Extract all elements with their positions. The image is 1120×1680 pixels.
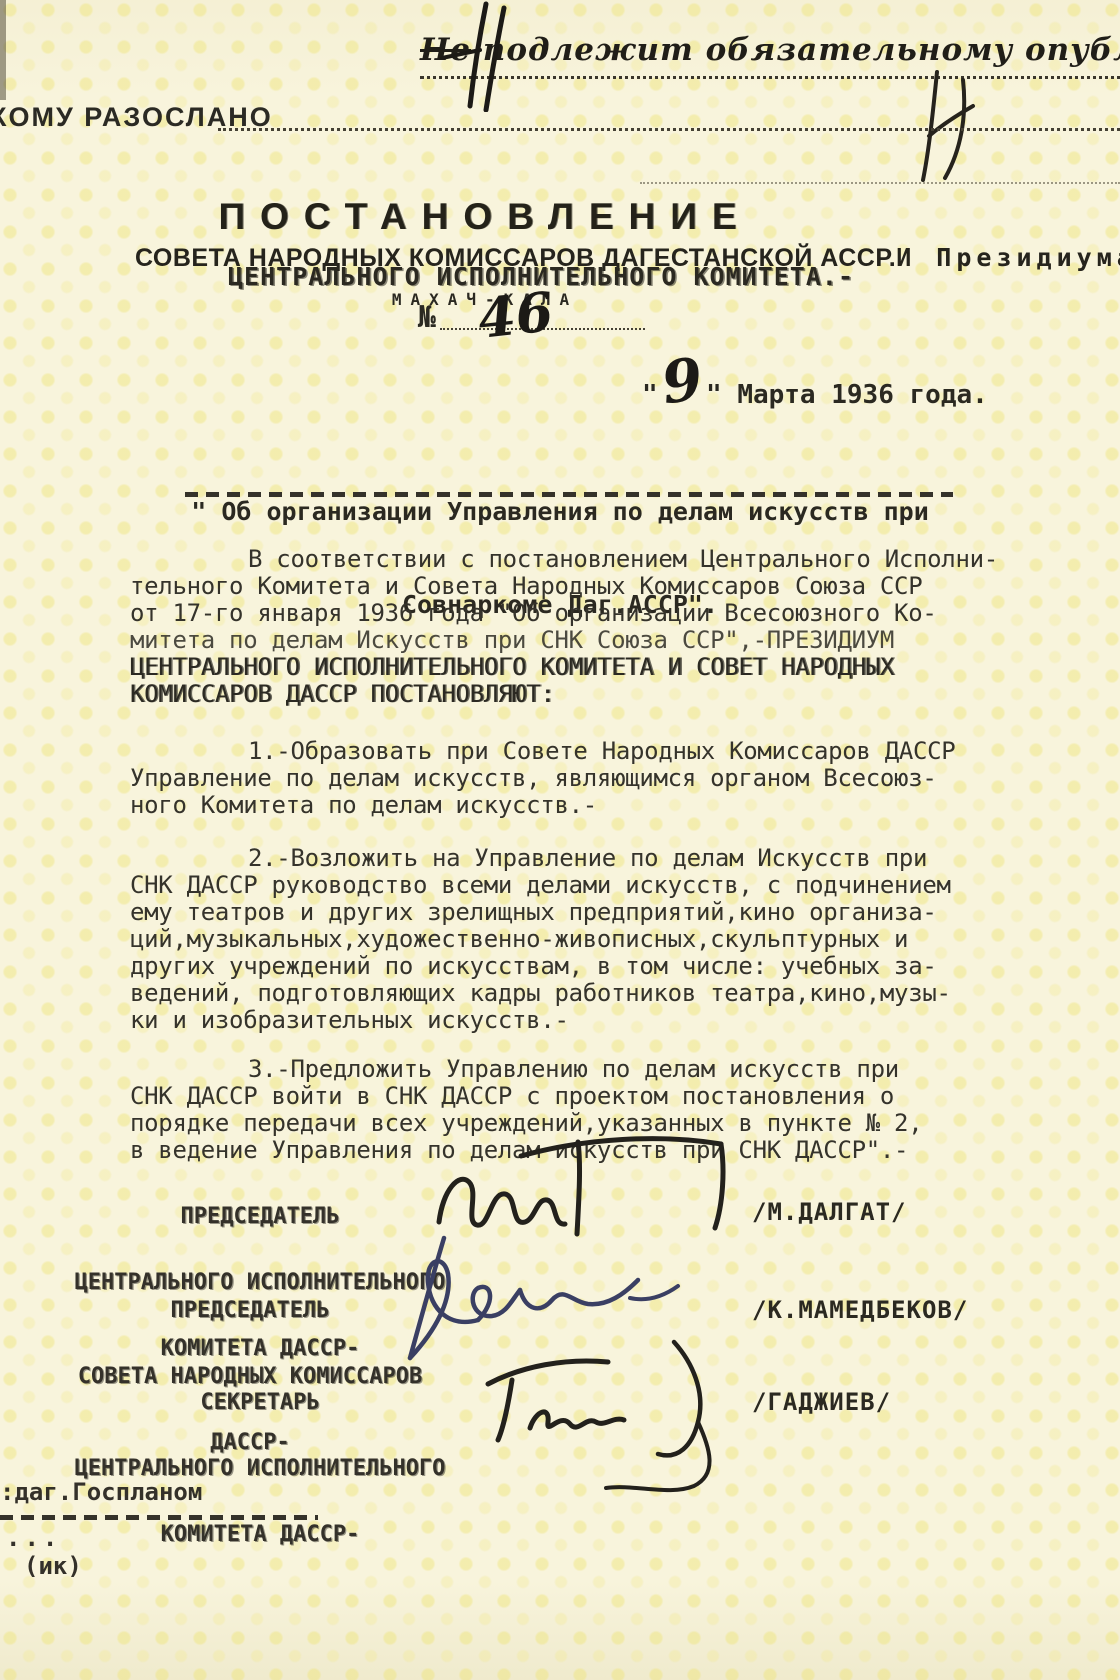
body-line: В соответствии с постановлением Централь… xyxy=(130,546,1025,573)
footer-agency: :даг.Госпланом xyxy=(0,1478,202,1506)
handwritten-strikeout-strokes xyxy=(440,0,520,112)
body-line: ему театров и других зрелищных предприят… xyxy=(130,899,1025,926)
footer-dots: ... xyxy=(6,1524,61,1552)
body-line: других учреждений по искусствам, в том ч… xyxy=(130,953,1025,980)
body-line: Управление по делам искусств, являющимся… xyxy=(130,765,1025,792)
signer-title-line: ПРЕДСЕДАТЕЛЬ xyxy=(40,1206,480,1228)
scan-edge-artifact xyxy=(0,0,6,100)
footer-initials: (ик) xyxy=(24,1552,82,1580)
body-line: 1.-Образовать при Совете Народных Комисс… xyxy=(130,738,1025,765)
number-label: № xyxy=(418,300,436,335)
date-open-quote: " xyxy=(642,380,658,410)
paragraph-2: 1.-Образовать при Совете Народных Комисс… xyxy=(130,738,1025,819)
paragraph-3: 2.-Возложить на Управление по делам Иску… xyxy=(130,845,1025,1034)
distribution-dotted-leader xyxy=(218,128,1120,131)
signer-title-line: ЦЕНТРАЛЬНОГО ИСПОЛНИТЕЛЬНОГО xyxy=(40,1458,480,1480)
body-line: ного Комитета по делам искусств.- xyxy=(130,792,1025,819)
subject-line1: " Об организации Управления по делам иск… xyxy=(150,496,970,527)
publication-stamp: Не подлежит обязательному опубликованию xyxy=(420,32,1120,79)
footer-dashed-rule xyxy=(0,1515,318,1520)
subject-dashed-rule xyxy=(185,492,953,497)
body-line: ЦЕНТРАЛЬНОГО ИСПОЛНИТЕЛЬНОГО КОМИТЕТА И … xyxy=(130,654,1025,681)
body-line: СНК ДАССР руководство всеми делами искус… xyxy=(130,872,1025,899)
secondary-dotted-leader xyxy=(640,182,1120,184)
body-line: ведений, подготовляющих кадры работников… xyxy=(130,980,1025,1007)
signer-title-line: КОМИТЕТА ДАССР- xyxy=(40,1524,480,1546)
handwritten-number: 46 xyxy=(475,284,555,346)
paragraph-1: В соответствии с постановлением Централь… xyxy=(130,546,1025,708)
body-line: митета по делам Искусств при СНК Союза С… xyxy=(130,627,1025,654)
signer-name-3: /ГАДЖИЕВ/ xyxy=(752,1388,891,1416)
body-line: ки и изобразительных искусств.- xyxy=(130,1007,1025,1034)
document-title: ПОСТАНОВЛЕНИЕ xyxy=(0,196,970,238)
signer-name-1: /М.ДАЛГАТ/ xyxy=(752,1198,907,1226)
body-line: от 17-го января 1936 года "Об организаци… xyxy=(130,600,1025,627)
body-line: 2.-Возложить на Управление по делам Иску… xyxy=(130,845,1025,872)
issuer-appended: И Президиума xyxy=(896,243,1120,272)
date-rest: " Марта 1936 года. xyxy=(706,380,988,410)
body-line: 3.-Предложить Управлению по делам искусс… xyxy=(130,1056,1025,1083)
stamp-text: подлежит обязательному опубликованию xyxy=(471,32,1120,68)
handwritten-mark xyxy=(905,62,995,192)
body-line: СНК ДАССР войти в СНК ДАССР с проектом п… xyxy=(130,1083,1025,1110)
body-line: КОМИССАРОВ ДАССР ПОСТАНОВЛЯЮТ: xyxy=(130,681,1025,708)
signer-title-line: СЕКРЕТАРЬ xyxy=(40,1392,480,1414)
signer-title-3: СЕКРЕТАРЬ ЦЕНТРАЛЬНОГО ИСПОЛНИТЕЛЬНОГО К… xyxy=(40,1348,480,1590)
handwritten-day: 9 xyxy=(658,349,706,412)
signature-gadzhiev xyxy=(478,1328,768,1498)
body-line: ций,музыкальных,художественно-живописных… xyxy=(130,926,1025,953)
document-scan: Не подлежит обязательному опубликованию … xyxy=(0,0,1120,1680)
body-line: тельного Комитета и Совета Народных Коми… xyxy=(130,573,1025,600)
signer-name-2: /К.МАМЕДБЕКОВ/ xyxy=(752,1296,968,1324)
body-text: В соответствии с постановлением Централь… xyxy=(130,546,1025,1164)
